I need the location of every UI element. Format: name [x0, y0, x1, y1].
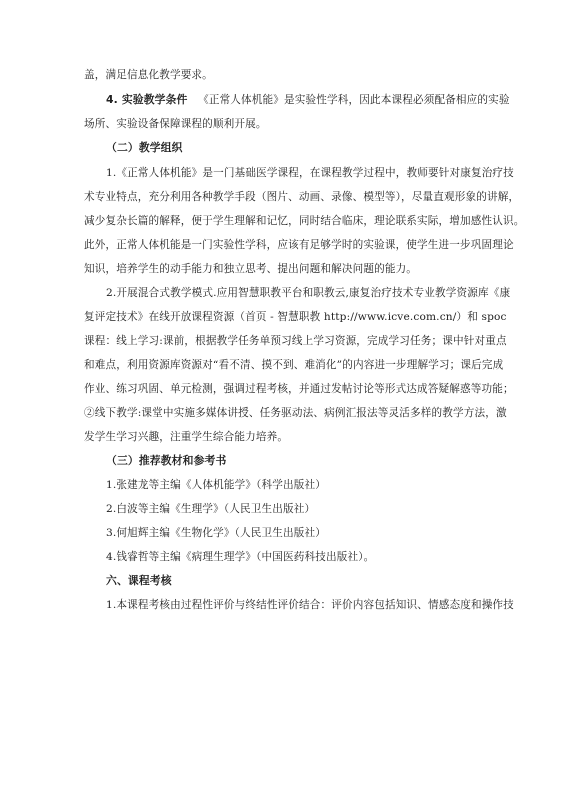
paragraph-line: 复评定技术》在线开放课程资源（首页 - 智慧职教 http://www.icve… [84, 310, 504, 324]
paragraph-line: 2.开展混合式教学模式.应用智慧职教平台和职教云,康复治疗技术专业教学资源库《康 [106, 286, 526, 300]
book-item: 1.张建龙等主编《人体机能学》（科学出版社） [106, 478, 526, 492]
paragraph-line: 知识，培养学生的动手能力和独立思考、提出问题和解决问题的能力。 [84, 262, 504, 276]
section-heading-assessment: 六、课程考核 [106, 574, 526, 588]
paragraph-line: 此外，正常人体机能是一门实验性学科，应该有足够学时的实验课，使学生进一步巩固理论 [84, 238, 504, 252]
paragraph-line: 发学生学习兴趣，注重学生综合能力培养。 [84, 430, 504, 444]
paragraph-line: 1.本课程考核由过程性评价与终结性评价结合：评价内容包括知识、情感态度和操作技 [106, 598, 526, 612]
book-item: 3.何旭辉主编《生物化学》（人民卫生出版社） [106, 526, 526, 540]
paragraph-line: 减少复杂长篇的解释，便于学生理解和记忆，同时结合临床，理论联系实际，增加感性认识… [84, 214, 504, 228]
document-page: 盖，满足信息化教学要求。 4. 实验教学条件 《正常人体机能》是实验性学科，因此… [0, 0, 566, 800]
paragraph-line: 术专业特点，充分利用各种教学手段（图片、动画、录像、模型等），尽量直观形象的讲解… [84, 190, 504, 204]
paragraph-line: 作业、练习巩固、单元检测，强调过程考核，并通过发帖讨论等形式达成答疑解惑等功能； [84, 382, 504, 396]
item-heading: 4. 实验教学条件 [106, 93, 188, 106]
paragraph-line: 盖，满足信息化教学要求。 [84, 68, 504, 82]
paragraph-line: ②线下教学:课堂中实施多媒体讲授、任务驱动法、病例汇报法等灵活多样的教学方法，激 [84, 406, 504, 420]
section-heading-teaching-organization: （二）教学组织 [106, 141, 526, 155]
paragraph-line: 场所、实验设备保障课程的顺利开展。 [84, 117, 504, 131]
book-item: 2.白波等主编《生理学》（人民卫生出版社） [106, 502, 526, 516]
paragraph-line: 1.《正常人体机能》是一门基础医学课程，在课程教学过程中，教师要针对康复治疗技 [106, 166, 526, 180]
paragraph-text: 《正常人体机能》是实验性学科，因此本课程必须配备相应的实验 [198, 94, 510, 106]
paragraph-line: 和难点，利用资源库资源对“看不清、摸不到、难消化”的内容进一步理解学习；课后完成 [84, 358, 504, 372]
book-item: 4.钱睿哲等主编《病理生理学》（中国医药科技出版社）。 [106, 550, 526, 564]
paragraph-line: 课程：线上学习:课前，根据教学任务单预习线上学习资源，完成学习任务；课中针对重点 [84, 334, 504, 348]
section-heading-textbooks: （三）推荐教材和参考书 [106, 454, 526, 468]
paragraph-lab-conditions: 4. 实验教学条件 《正常人体机能》是实验性学科，因此本课程必须配备相应的实验 [106, 93, 526, 107]
